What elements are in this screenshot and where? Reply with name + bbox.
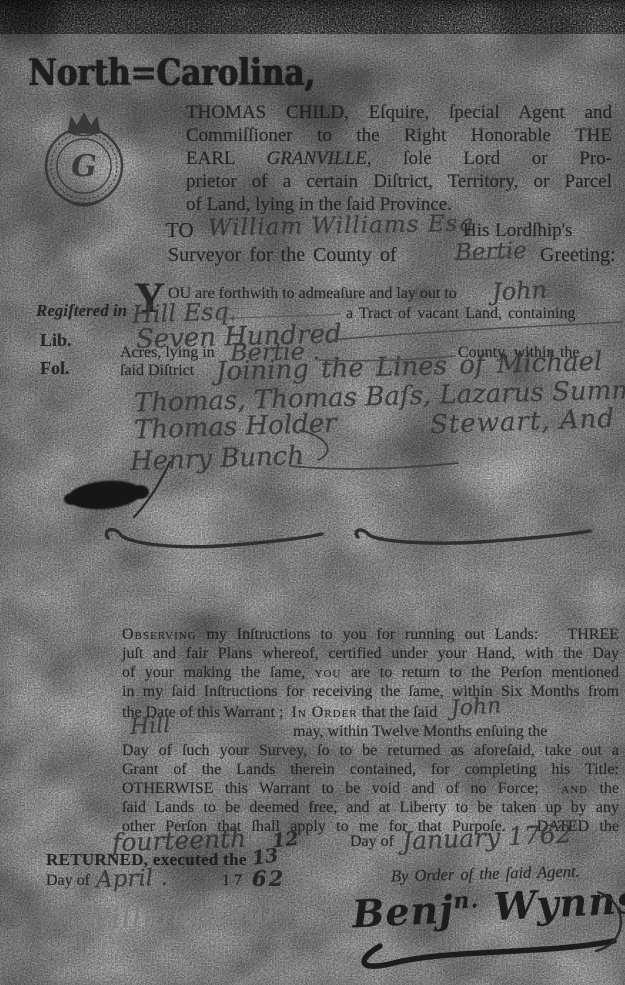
granville-seal: G — [38, 110, 130, 212]
instructions-paragraph: Observing my Inſtructions to you for run… — [122, 625, 619, 836]
instructions-text: of your making the ſame, — [122, 664, 315, 681]
and-smallcaps: and — [561, 780, 588, 797]
surveyor-line: Surveyor for the County of — [168, 244, 397, 267]
commission-line: EARL GRANVILLE, ſole Lord or Pro- — [186, 147, 612, 170]
instructions-line: in my ſaid Inſtructions for receiving th… — [122, 682, 619, 701]
you-smallcaps: you — [315, 664, 342, 681]
instructions-line: juſt and fair Plans whereof, certified u… — [122, 644, 619, 663]
grantee-name-handwritten: John — [450, 696, 502, 718]
instructions-line: Day of ſuch your Survey, ſo to be return… — [122, 741, 619, 760]
returned-year-print: 17 — [222, 872, 246, 890]
signature-superscript: n. — [453, 887, 480, 914]
signature-text: Benj — [351, 886, 455, 936]
surveyor-name-handwritten: William Williams Esq — [208, 211, 475, 242]
signature-superscript: r — [280, 894, 290, 913]
instructions-text: the — [588, 780, 619, 797]
signature-text: W — [23, 905, 55, 940]
earl-label: EARL — [186, 148, 267, 169]
grantee-name-handwritten: Hill — [130, 716, 171, 737]
commission-line: Commiſſioner to the Right Honorable THE — [186, 124, 612, 147]
instructions-text: that the ſaid — [358, 704, 438, 721]
greeting-label: Greeting: — [540, 244, 616, 267]
instructions-line: OTHERWISE this Warrant to be void and of… — [122, 779, 619, 798]
commission-paragraph: THOMAS CHILD, Eſquire, ſpecial Agent and… — [186, 101, 612, 216]
instructions-line: the Date of this Warrant ; In Order that… — [122, 701, 619, 722]
signature-text: Wynns — [478, 877, 625, 930]
instructions-text: my Inſtructions to you for running out L… — [197, 626, 619, 643]
returned-month-handwritten: April . — [96, 865, 169, 893]
commission-line-rest: ſole Lord or Pro- — [372, 148, 612, 169]
instructions-line: Observing my Inſtructions to you for run… — [122, 625, 619, 644]
instructions-text: may, within Twelve Months enſuing the — [293, 722, 547, 741]
instructions-line: of your making the ſame, you are to retu… — [122, 663, 619, 682]
instructions-line: Hill may, within Twelve Months enſuing t… — [122, 722, 619, 741]
returned-year-script: 62 — [252, 866, 285, 891]
seal-monogram: G — [71, 149, 97, 184]
masthead-title: North=Carolina, — [28, 52, 315, 94]
warrant-line2: a Tract of vacant Land, containing — [346, 305, 576, 323]
margin-registered: Regiſtered in — [36, 301, 127, 321]
instructions-text: OTHERWISE this Warrant to be void and of… — [122, 780, 561, 797]
instructions-text: are to return to the Perſon mentioned — [341, 664, 619, 681]
margin-fol: Fol. — [40, 358, 70, 379]
returned-day-of-label: Day of — [46, 872, 90, 890]
county-handwritten: Bertie — [455, 238, 528, 266]
margin-lib: Lib. — [40, 330, 72, 351]
to-label: TO — [166, 218, 194, 243]
commission-line: prietor of a certain Diſtrict, Territory… — [186, 170, 612, 193]
commission-line: THOMAS CHILD, Eſquire, ſpecial Agent and — [186, 101, 612, 124]
granville-name: GRANVILLE, — [267, 148, 372, 169]
document-scan: North=Carolina, G THOMAS CHILD, Eſquire,… — [0, 0, 625, 985]
in-order-smallcaps: In Order — [291, 704, 357, 721]
instructions-line: ſaid Lands to be deemed free, and at Lib… — [122, 798, 619, 817]
observing-smallcaps: Observing — [122, 626, 197, 643]
grantee-name-handwritten: John — [491, 276, 547, 307]
signature-superscript: m — [54, 905, 72, 925]
bounds-handwritten-4: Henry Bunch — [130, 441, 305, 477]
warrant-line5: ſaid Diſtrict — [120, 362, 194, 380]
warrant-line4a: Acres, lying in — [120, 344, 215, 362]
dated-day-of-label: Day of — [350, 833, 394, 851]
instructions-line: Grant of the Lands therein contained, fo… — [122, 760, 619, 779]
